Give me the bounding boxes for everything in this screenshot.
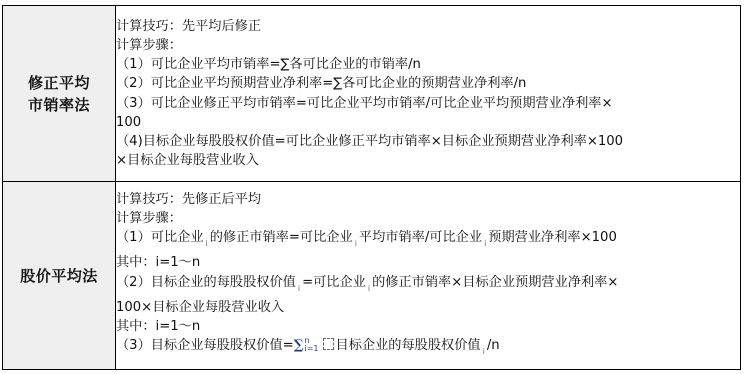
step-text: /n: [487, 338, 500, 353]
steps-label: 计算步骤：: [116, 36, 740, 55]
step-line: （2）目标企业的每股股权价值i=可比企业i的修正市销率×目标企业预期营业净利率×: [116, 273, 740, 298]
method-name-cell: 修正平均 市销率法: [3, 6, 116, 182]
subscript-i: i: [206, 239, 208, 248]
step-text: （3）目标企业每股股权价值=: [116, 338, 294, 353]
subscript-i: i: [483, 347, 485, 356]
subscript-i: i: [298, 284, 300, 293]
step-line: （1）可比企业i的修正市销率=可比企业i平均市销率/可比企业i预期营业净利率×1…: [116, 228, 740, 253]
method-description-cell: 计算技巧：先修正后平均 计算步骤： （1）可比企业i的修正市销率=可比企业i平均…: [116, 182, 741, 370]
valuation-method-table: 修正平均 市销率法 计算技巧：先平均后修正 计算步骤： （1）可比企业平均市销率…: [2, 5, 741, 370]
step-line: 100×目标企业每股营业收入: [116, 298, 740, 317]
step-text: 的修正市销率=可比企业: [210, 230, 353, 245]
subscript-i: i: [484, 239, 486, 248]
method-description-cell: 计算技巧：先平均后修正 计算步骤： （1）可比企业平均市销率=∑各可比企业的市销…: [116, 6, 741, 182]
step-text: 平均市销率/可比企业: [359, 230, 482, 245]
where-line: 其中：i=1～n: [116, 253, 740, 272]
step-text: 的修正市销率×目标企业预期营业净利率×: [372, 275, 618, 290]
placeholder-box-icon: [323, 338, 334, 350]
table-row: 修正平均 市销率法 计算技巧：先平均后修正 计算步骤： （1）可比企业平均市销率…: [3, 6, 741, 182]
step-line: ×目标企业每股营业收入: [116, 151, 740, 170]
step-text: =可比企业: [302, 275, 366, 290]
method-name-line: 市销率法: [3, 94, 115, 116]
step-text: （1）可比企业: [116, 230, 204, 245]
step-text: 预期营业净利率×100: [488, 230, 617, 245]
sigma-icon: ∑: [294, 338, 304, 353]
step-line: （3）目标企业每股股权价值=∑ni=1目标企业的每股股权价值i/n: [116, 336, 740, 361]
technique-text: 计算技巧：先修正后平均: [116, 190, 740, 209]
step-line: （4)目标企业每股股权价值=可比企业修正平均市销率×目标企业预期营业净利率×10…: [116, 132, 740, 151]
method-name-cell: 股价平均法: [3, 182, 116, 370]
sigma-lower: i=1: [305, 344, 319, 353]
step-text: 目标企业的每股股权价值: [336, 338, 481, 353]
step-line: （1）可比企业平均市销率=∑各可比企业的市销率/n: [116, 55, 740, 74]
step-text: （2）目标企业的每股股权价值: [116, 275, 296, 290]
steps-label: 计算步骤：: [116, 209, 740, 228]
sigma-limits: ni=1: [305, 337, 319, 353]
method-name-line: 修正平均: [3, 72, 115, 94]
subscript-i: i: [368, 284, 370, 293]
subscript-i: i: [355, 239, 357, 248]
step-line: 100: [116, 113, 740, 132]
table-row: 股价平均法 计算技巧：先修正后平均 计算步骤： （1）可比企业i的修正市销率=可…: [3, 182, 741, 370]
step-line: （3）可比企业修正平均市销率=可比企业平均市销率/可比企业平均预期营业净利率×: [116, 94, 740, 113]
where-line: 其中：i=1～n: [116, 317, 740, 336]
step-line: （2）可比企业平均预期营业净利率=∑各可比企业的预期营业净利率/n: [116, 74, 740, 93]
technique-text: 计算技巧：先平均后修正: [116, 17, 740, 36]
